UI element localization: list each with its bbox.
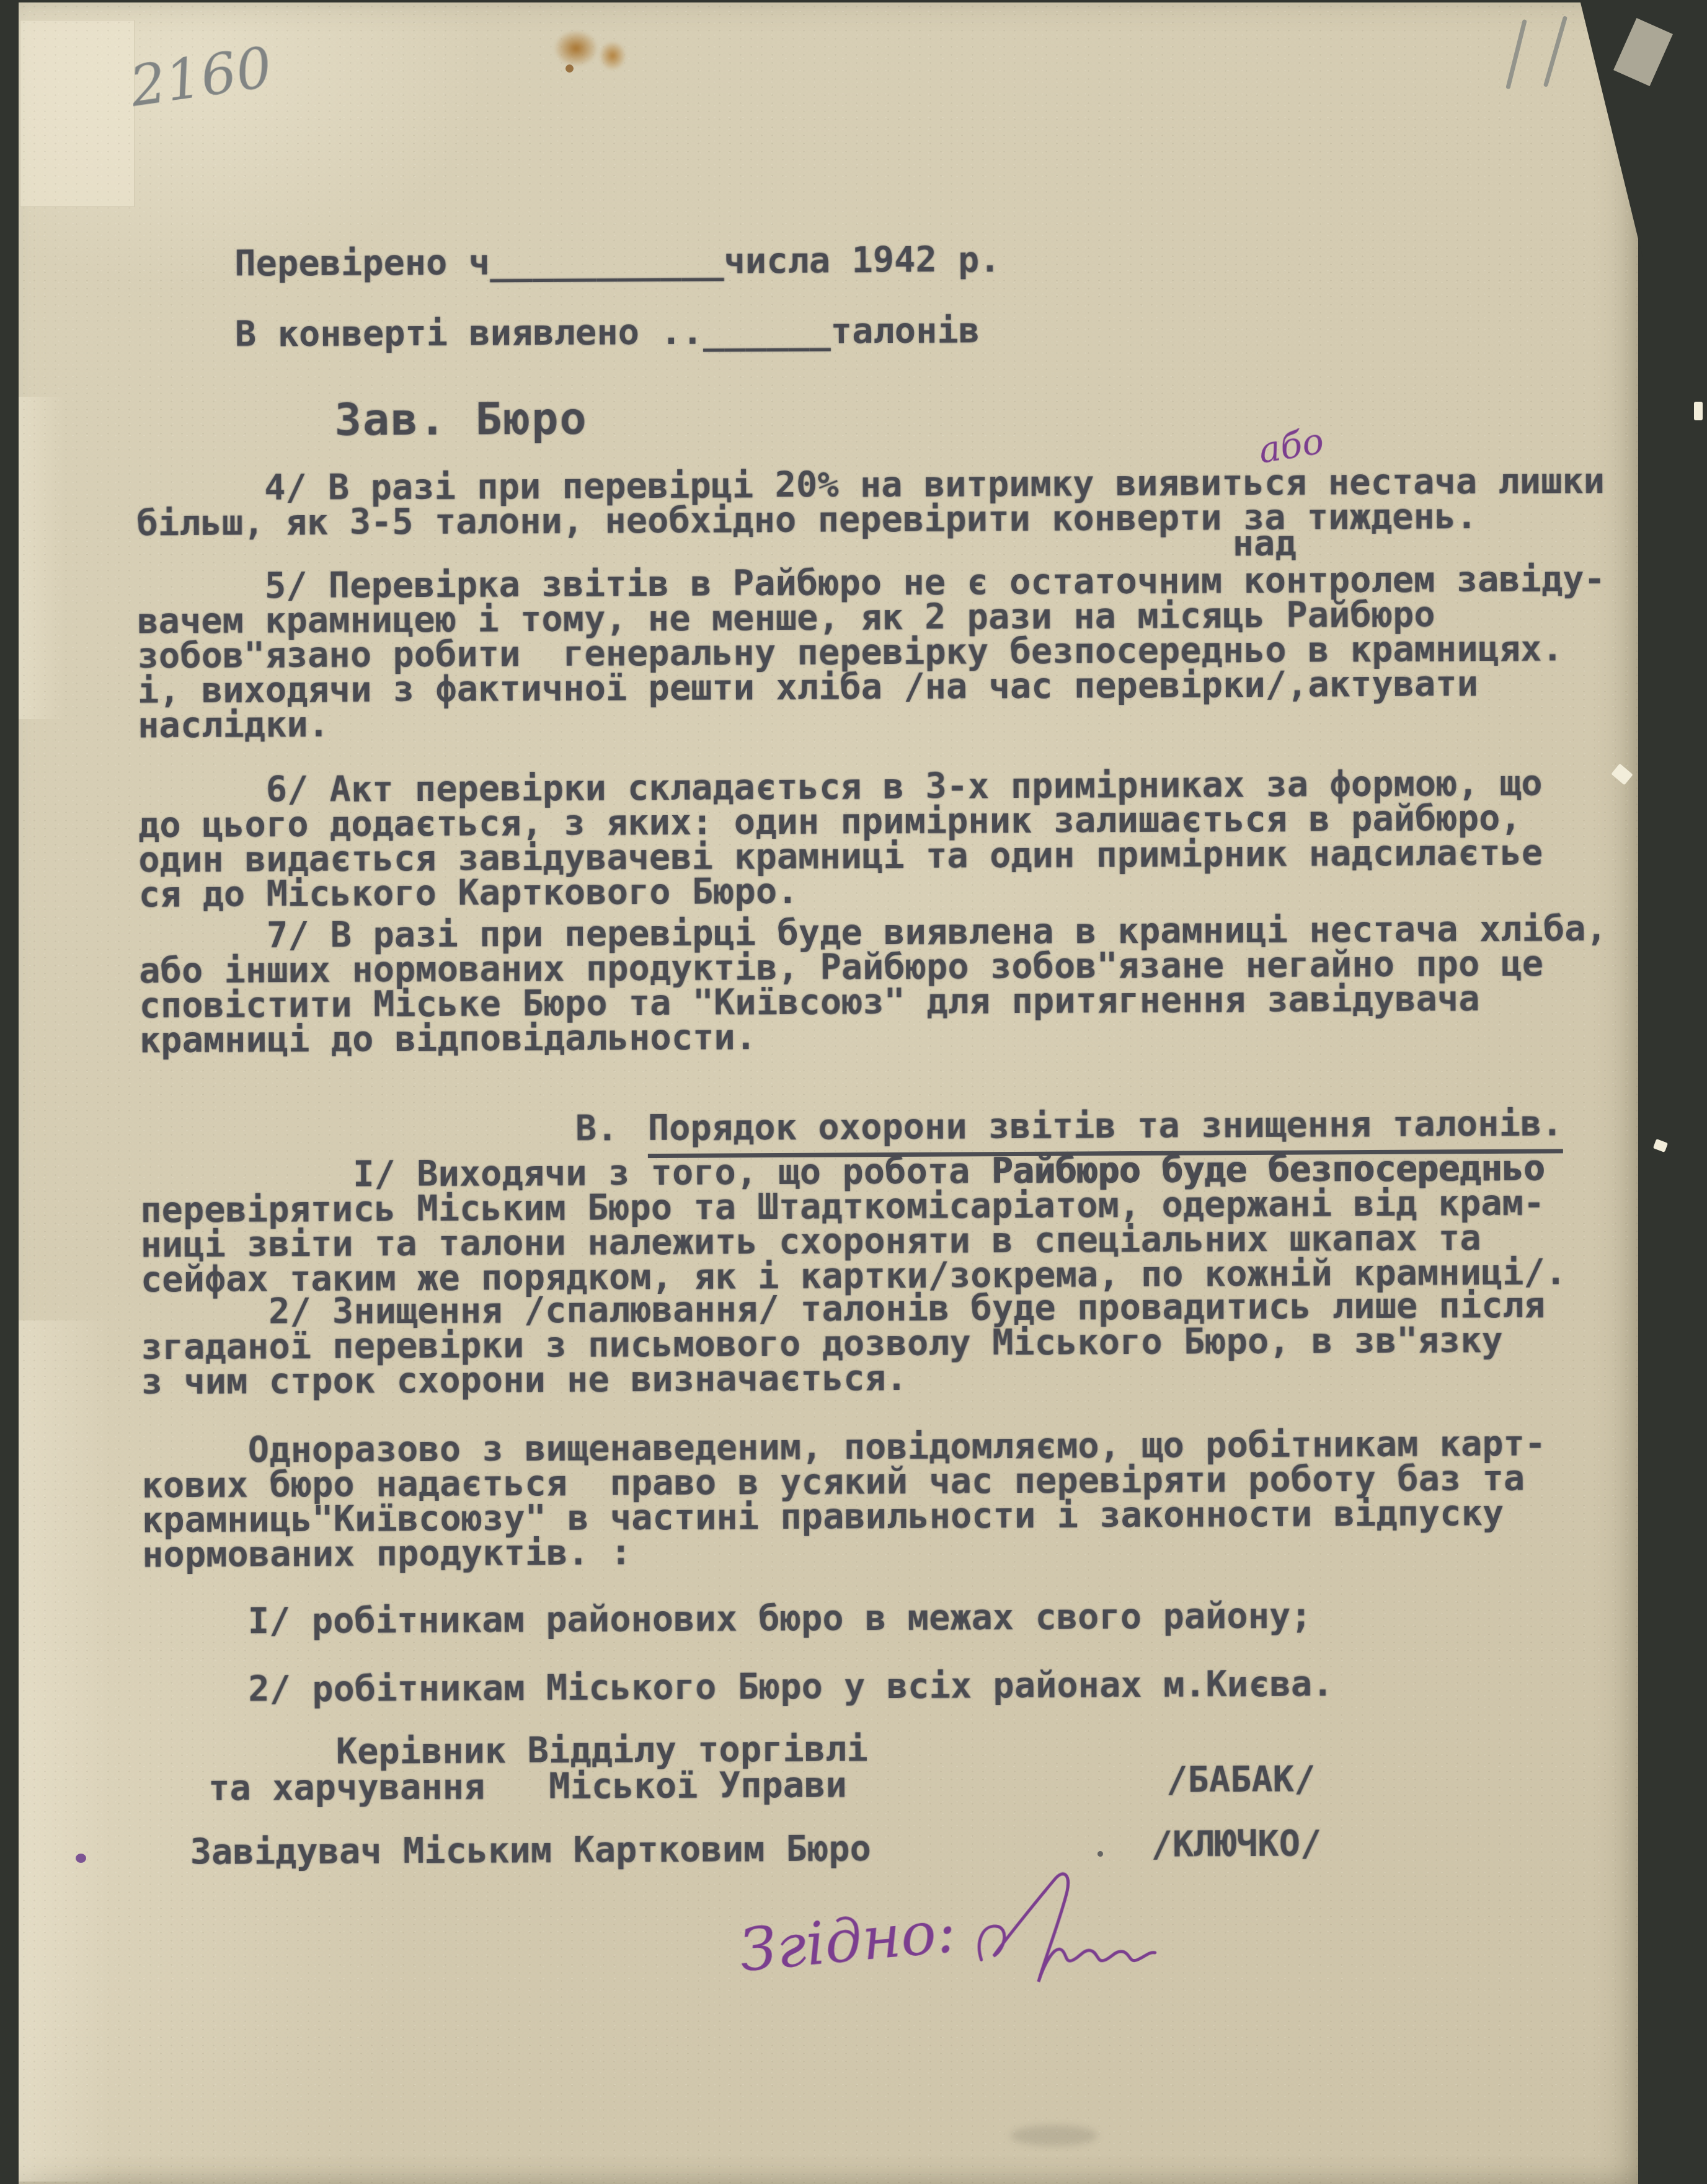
section-b-paragraph-2: 2/ Знищення /спалювання/ талонів буде пр… — [141, 1288, 1546, 1400]
signature-role-trade-dept: Керівник Відділу торгівлі та харчування … — [208, 1731, 868, 1806]
handwritten-signature-flourish — [962, 1866, 1168, 2010]
envelope-coupons-line: В конверті виявлено ..______талонів — [235, 313, 980, 351]
handwritten-archival-number: 2160 — [126, 35, 276, 120]
list-item-1: І/ робітникам районових бюро в межах сво… — [248, 1599, 1312, 1639]
paragraph-5: 5/ Перевірка звітів в Райбюро не є остат… — [137, 562, 1606, 743]
handwritten-approval-zhidno: Згідно: — [737, 1898, 959, 1986]
salutation-zav-buro: Зав. Бюро — [334, 396, 588, 442]
signature-name-kliuchko: /КЛЮЧКО/ — [1151, 1826, 1322, 1862]
signature-name-babak: /БАБАК/ — [1166, 1762, 1316, 1797]
closing-paragraph: Одноразово з вищенаведеним, повідомляємо… — [141, 1426, 1546, 1573]
paragraph-4: 4/ В разі при перевірці 20% на витримку … — [136, 464, 1605, 541]
paragraph-6: 6/ Акт перевірки складається в 3-х примі… — [138, 766, 1543, 913]
list-item-2: 2/ робітникам Міського Бюро у всіх район… — [248, 1666, 1333, 1707]
paragraph-7: 7/ В разі при перевірці буде виявлена в … — [139, 911, 1608, 1058]
signature-role-card-bureau: Завідувач Міським Картковим Бюро — [190, 1831, 871, 1870]
typewritten-text-layer: 2160 Перевірено ч___________числа 1942 р… — [0, 0, 1707, 2184]
checked-date-line: Перевірено ч___________числа 1942 р. — [234, 242, 1001, 281]
typed-insertion-nad: над — [1233, 526, 1297, 562]
document-scan-page: { "doc": { "number_note": "2160", "heade… — [0, 0, 1707, 2184]
